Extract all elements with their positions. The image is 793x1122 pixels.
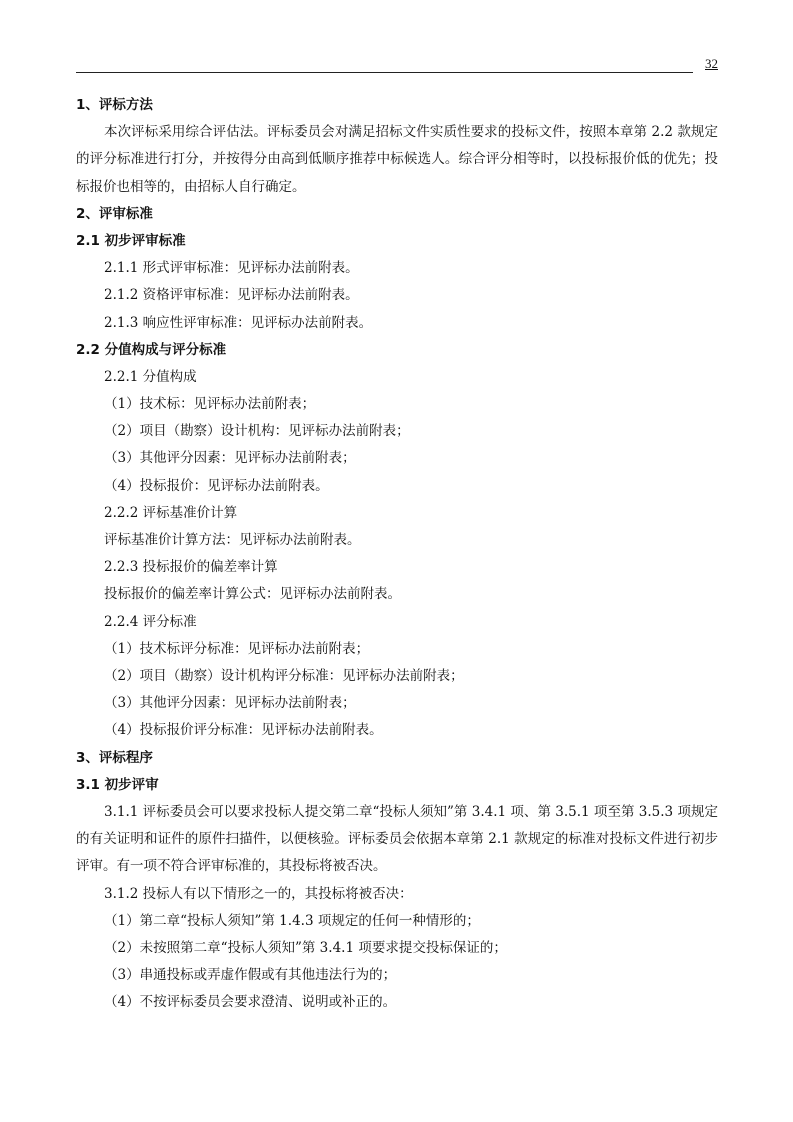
section-2-2-2-text: 评标基准价计算方法：见评标办法前附表。 [76,527,718,554]
section-2-2-1-heading: 2.2.1 分值构成 [76,364,718,391]
list-item: （4）投标报价评分标准：见评标办法前附表。 [76,717,718,744]
section-1-paragraph: 本次评标采用综合评估法。评标委员会对满足招标文件实质性要求的投标文件，按照本章第… [76,119,718,201]
section-3-1-1-paragraph: 3.1.1 评标委员会可以要求投标人提交第二章“投标人须知”第 3.4.1 项、… [76,799,718,881]
list-item: （2）项目（勘察）设计机构：见评标办法前附表； [76,418,718,445]
section-2-2-2-heading: 2.2.2 评标基准价计算 [76,500,718,527]
list-item: （1）技术标：见评标办法前附表； [76,391,718,418]
list-item: （4）投标报价：见评标办法前附表。 [76,473,718,500]
list-item: （1）第二章“投标人须知”第 1.4.3 项规定的任何一种情形的； [76,908,718,935]
section-3-1-2-paragraph: 3.1.2 投标人有以下情形之一的，其投标将被否决： [76,881,718,908]
section-3-heading: 3、评标程序 [76,745,718,772]
list-item: （4）不按评标委员会要求澄清、说明或补正的。 [76,989,718,1016]
list-item: （3）串通投标或弄虚作假或有其他违法行为的； [76,962,718,989]
section-2-heading: 2、评审标准 [76,201,718,228]
list-item: （3）其他评分因素：见评标办法前附表； [76,690,718,717]
list-item: （3）其他评分因素：见评标办法前附表； [76,445,718,472]
section-3-1-heading: 3.1 初步评审 [76,772,718,799]
list-item: 2.1.1 形式评审标准：见评标办法前附表。 [76,255,718,282]
section-2-2-4-heading: 2.2.4 评分标准 [76,609,718,636]
section-2-2-3-heading: 2.2.3 投标报价的偏差率计算 [76,554,718,581]
header-rule [76,72,693,73]
list-item: （2）项目（勘察）设计机构评分标准：见评标办法前附表； [76,663,718,690]
list-item: （2）未按照第二章“投标人须知”第 3.4.1 项要求提交投标保证的； [76,935,718,962]
document-body: 1、评标方法 本次评标采用综合评估法。评标委员会对满足招标文件实质性要求的投标文… [76,92,718,1016]
section-2-2-heading: 2.2 分值构成与评分标准 [76,337,718,364]
section-2-1-heading: 2.1 初步评审标准 [76,228,718,255]
list-item: 2.1.2 资格评审标准：见评标办法前附表。 [76,282,718,309]
list-item: 2.1.3 响应性评审标准：见评标办法前附表。 [76,310,718,337]
section-1-heading: 1、评标方法 [76,92,718,119]
section-2-2-3-text: 投标报价的偏差率计算公式：见评标办法前附表。 [76,581,718,608]
list-item: （1）技术标评分标准：见评标办法前附表； [76,636,718,663]
page-number: 32 [705,56,718,72]
